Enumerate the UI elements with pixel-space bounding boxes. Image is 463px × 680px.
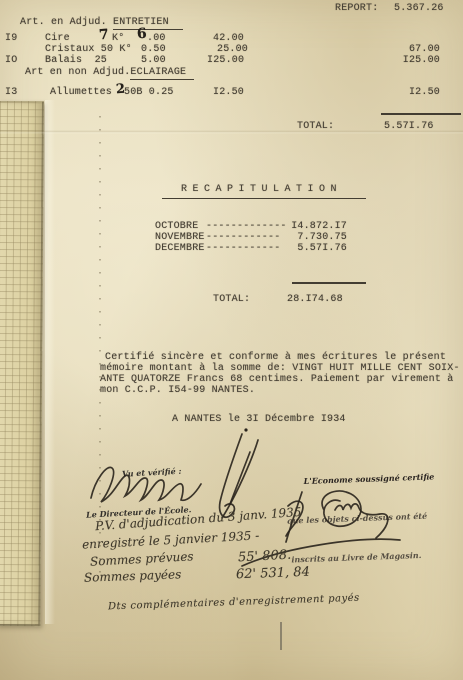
item-total: I25.00 <box>385 55 440 66</box>
total-rule <box>381 113 461 115</box>
subtotal-label: TOTAL: <box>297 121 334 132</box>
item-name: Cire <box>45 33 70 44</box>
certification-line: mémoire montant à la somme de: VINGT HUI… <box>100 363 460 374</box>
handwritten-sum-value: 55' 808. <box>238 548 292 566</box>
item-amount: I2.50 <box>213 87 244 98</box>
recap-month: OCTOBRE <box>155 221 198 232</box>
recap-total-rule <box>292 282 366 284</box>
item-price: 5.00 <box>141 55 166 66</box>
hand-corrected-qty: 7 <box>98 27 109 44</box>
dateline: A NANTES le 3I Décembre I934 <box>172 414 346 425</box>
item-number: I9 <box>5 33 17 44</box>
handwritten-sum-label: Sommes prévues <box>90 549 194 568</box>
recap-title: RECAPITULATION <box>181 184 342 195</box>
certification-line: ANTE QUATORZE Francs 68 centimes. Paieme… <box>100 374 453 385</box>
item-qty: 50B 0.25 <box>124 87 174 98</box>
item-price: .00 <box>147 33 166 44</box>
certification-line: Certifié sincère et conforme à mes écrit… <box>105 352 446 363</box>
handwritten-footnote: Dts complémentaires d'enregistrement pay… <box>108 593 360 613</box>
recap-value: I4.872.I7 <box>281 221 347 232</box>
recap-value: 7.730.75 <box>281 232 347 243</box>
recap-title-underline <box>162 198 366 199</box>
director-signature <box>85 452 205 514</box>
section-non-adjud-header: Art en non Adjud.ECLAIRAGE <box>25 67 194 78</box>
recap-total-value: 28.I74.68 <box>287 294 343 305</box>
report-label: REPORT: <box>335 3 378 14</box>
graph-paper-strip <box>0 101 44 626</box>
pen-mark <box>280 622 282 650</box>
section-non-adjud-title: ECLAIRAGE <box>130 67 194 80</box>
item-amount: 42.00 <box>213 33 244 44</box>
recap-dashes: ------------ <box>206 232 280 243</box>
item-unit: K° <box>112 33 124 44</box>
recap-total-label: TOTAL: <box>213 294 250 305</box>
item-number: I3 <box>5 87 17 98</box>
sheet-edge-highlight <box>45 100 55 624</box>
hand-corrected-price: 6 <box>136 26 147 43</box>
recap-value: 5.57I.76 <box>281 243 347 254</box>
item-name: Cristaux 50 K° <box>45 44 132 55</box>
certification-line: mon C.C.P. I54-99 NANTES. <box>100 385 255 396</box>
section-adjud-title: ENTRETIEN <box>113 17 183 30</box>
subtotal-value: 5.57I.76 <box>384 121 434 132</box>
recap-month: NOVEMBRE <box>155 232 205 243</box>
handwritten-sum-value: 62' 531, 84 <box>236 565 310 583</box>
handwritten-sum-label: Sommes payées <box>84 567 182 584</box>
item-amount: I25.00 <box>207 55 244 66</box>
item-total: I2.50 <box>385 87 440 98</box>
item-name: Balais 25 <box>45 55 107 66</box>
report-value: 5.367.26 <box>394 3 444 14</box>
item-name: Allumettes <box>50 87 112 98</box>
section-non-adjud-prefix: Art en non Adjud. <box>25 67 130 78</box>
recap-dashes: ------------ <box>206 243 280 254</box>
item-price: 0.50 <box>141 44 166 55</box>
item-total: 67.00 <box>385 44 440 55</box>
recap-month: DECEMBRE <box>155 243 205 254</box>
document-page: REPORT: 5.367.26 Art. en Adjud. ENTRETIE… <box>0 0 463 680</box>
recap-dashes: ------------- <box>206 221 287 232</box>
item-amount: 25.00 <box>217 44 248 55</box>
item-number: IO <box>5 55 17 66</box>
